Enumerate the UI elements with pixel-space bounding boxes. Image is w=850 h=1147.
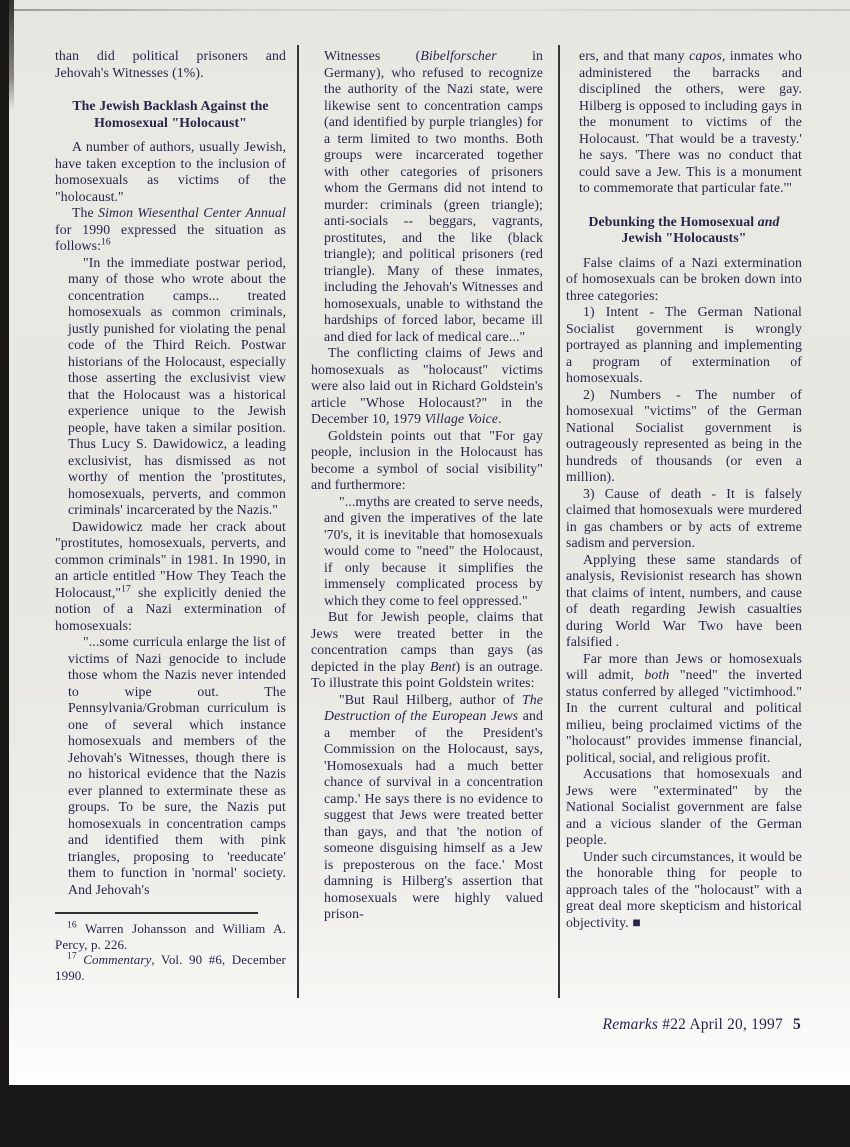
scan-edge-bottom <box>0 1085 850 1147</box>
text-run: Goldstein points out that "For gay peopl… <box>311 428 543 493</box>
text-run: both <box>644 667 669 682</box>
paragraph: Under such circumstances, it would be th… <box>566 849 802 932</box>
column-divider <box>558 45 560 998</box>
text-run: capos <box>689 48 722 63</box>
block-quote: "...some curricula enlarge the list of v… <box>68 634 286 898</box>
text-run: 17 <box>67 952 77 962</box>
text-run: 16 <box>67 921 77 931</box>
text-run: ers, and that many <box>579 48 689 63</box>
text-run: Simon Wiesenthal Center Annual <box>98 205 286 220</box>
paragraph: But for Jewish people, claims that Jews … <box>311 609 543 692</box>
text-run: 16 <box>101 237 111 247</box>
text-run: . <box>498 411 502 426</box>
text-run: Applying these same standards of analysi… <box>566 552 802 650</box>
text-run: Accusations that homosexuals and Jews we… <box>566 766 802 847</box>
text-run: , inmates who administered the barracks … <box>579 48 802 195</box>
text-run: 1) Intent - The German National Socialis… <box>566 304 802 385</box>
text-run: 17 <box>121 584 131 594</box>
text-run: The <box>72 205 98 220</box>
text-run: Warren Johansson and William A. Percy, p… <box>55 921 286 952</box>
text-run: Witnesses ( <box>324 48 420 63</box>
text-run: Under such circumstances, it would be th… <box>566 849 802 930</box>
text-run: The Jewish Backlash Against the Homosexu… <box>72 98 268 130</box>
section-heading: Debunking the Homosexual and Jewish "Hol… <box>572 214 796 247</box>
column-divider <box>297 45 299 998</box>
paragraph: Dawidowicz made her crack about "prostit… <box>55 519 286 635</box>
text-run: 2) Numbers - The number of homosexual "v… <box>566 387 802 485</box>
text-run: Remarks <box>603 1016 659 1033</box>
block-quote: "In the immediate postwar period, many o… <box>68 255 286 519</box>
scan-crease <box>0 9 850 11</box>
text-run: Commentary <box>83 952 151 967</box>
paragraph: Applying these same standards of analysi… <box>566 552 802 651</box>
text-run: Jewish "Holocausts" <box>622 230 747 245</box>
text-column-3: ers, and that many capos, inmates who ad… <box>566 48 802 931</box>
text-run: and <box>758 214 780 229</box>
paragraph: 2) Numbers - The number of homosexual "v… <box>566 387 802 486</box>
text-run: Bent <box>430 659 456 674</box>
text-run: "In the immediate postwar period, many o… <box>68 255 286 518</box>
text-column-1: than did political prisoners and Jehovah… <box>55 48 286 983</box>
footnote: 17 Commentary, Vol. 90 #6, December 1990… <box>55 952 286 983</box>
paragraph: The conflicting claims of Jews and homos… <box>311 345 543 428</box>
text-run: for 1990 expressed the situation as foll… <box>55 222 286 254</box>
paragraph: Far more than Jews or homosexuals will a… <box>566 651 802 767</box>
block-quote: "...myths are created to serve needs, an… <box>324 494 543 610</box>
text-run: "...myths are created to serve needs, an… <box>324 494 543 608</box>
text-run: Village Voice <box>425 411 498 426</box>
section-heading: The Jewish Backlash Against the Homosexu… <box>61 98 280 131</box>
paragraph: 3) Cause of death - It is falsely claime… <box>566 486 802 552</box>
paragraph: A number of authors, usually Jewish, hav… <box>55 139 286 205</box>
text-run: and a member of the President's Commissi… <box>324 708 543 921</box>
paragraph: Accusations that homosexuals and Jews we… <box>566 766 802 849</box>
block-quote: Witnesses (Bibelforscher in Germany), wh… <box>324 48 543 345</box>
text-run: Bibelforscher <box>420 48 496 63</box>
scan-edge-left-shadow <box>9 0 14 110</box>
paragraph: The Simon Wiesenthal Center Annual for 1… <box>55 205 286 255</box>
text-run: 5 <box>787 1016 801 1033</box>
block-quote: ers, and that many capos, inmates who ad… <box>579 48 802 197</box>
text-run: "...some curricula enlarge the list of v… <box>68 634 286 897</box>
block-quote: "But Raul Hilberg, author of The Destruc… <box>324 692 543 923</box>
text-run: False claims of a Nazi extermination of … <box>566 255 802 303</box>
paragraph: False claims of a Nazi extermination of … <box>566 255 802 305</box>
footnote-rule <box>55 912 258 914</box>
text-run: 3) Cause of death - It is falsely claime… <box>566 486 802 551</box>
paragraph: Goldstein points out that "For gay peopl… <box>311 428 543 494</box>
text-run: #22 April 20, 1997 <box>658 1016 787 1033</box>
text-column-2: Witnesses (Bibelforscher in Germany), wh… <box>311 48 543 923</box>
text-run: A number of authors, usually Jewish, hav… <box>55 139 286 204</box>
text-run: than did political prisoners and Jehovah… <box>55 48 286 80</box>
text-run: Debunking the Homosexual <box>588 214 757 229</box>
text-run: "But Raul Hilberg, author of <box>339 692 522 707</box>
paragraph: 1) Intent - The German National Socialis… <box>566 304 802 387</box>
paragraph: than did political prisoners and Jehovah… <box>55 48 286 81</box>
text-run: ■ <box>632 915 640 930</box>
footnote: 16 Warren Johansson and William A. Percy… <box>55 921 286 952</box>
scan-edge-left <box>0 0 9 1085</box>
text-run: in Germany), who refused to recognize th… <box>324 48 543 344</box>
page-footer: Remarks #22 April 20, 1997 5 <box>603 1016 801 1034</box>
